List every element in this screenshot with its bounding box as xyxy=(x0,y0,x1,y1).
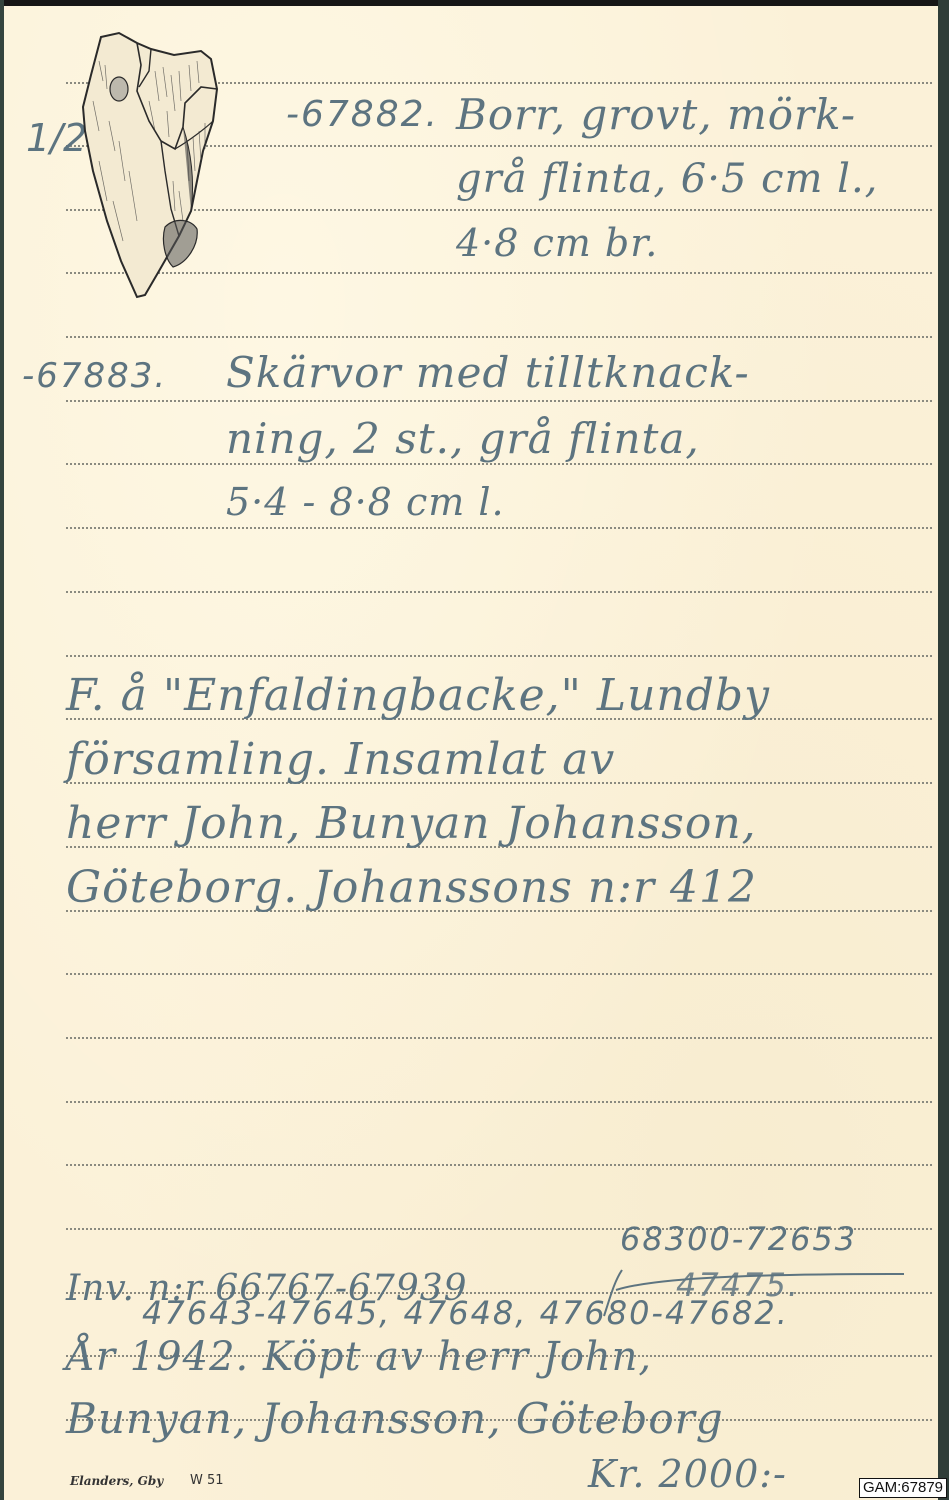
ruled-line xyxy=(66,1037,932,1039)
entry-2-number: -67883. xyxy=(22,356,167,396)
acquisition-year-line: År 1942. Köpt av herr John, xyxy=(66,1334,652,1380)
entry-1-line-2: grå flinta, 6·5 cm l., xyxy=(456,156,878,202)
ruled-line xyxy=(66,527,932,529)
seller-line: Bunyan, Johansson, Göteborg xyxy=(66,1394,724,1443)
scale-label: 1/2 xyxy=(26,116,87,160)
ruled-line xyxy=(66,973,932,975)
ruled-line xyxy=(66,655,932,657)
ruled-line xyxy=(66,463,932,465)
provenance-line-1: F. å "Enfaldingbacke," Lundby xyxy=(66,670,770,721)
entry-1-number: -67882. xyxy=(286,94,439,135)
provenance-line-2: församling. Insamlat av xyxy=(66,734,615,785)
ruled-line xyxy=(66,400,932,402)
entry-2-line-2: ning, 2 st., grå flinta, xyxy=(226,414,700,463)
entry-1-line-3: 4·8 cm br. xyxy=(456,221,658,265)
provenance-line-3: herr John, Bunyan Johansson, xyxy=(66,798,757,849)
printer-imprint: Elanders, Gby xyxy=(70,1474,163,1488)
entry-2-line-3: 5·4 - 8·8 cm l. xyxy=(226,480,505,524)
ruled-line xyxy=(66,591,932,593)
ruled-line xyxy=(66,336,932,338)
catalog-id-label: GAM:67879 xyxy=(859,1478,947,1498)
entry-2-line-1: Skärvor med tilltknack- xyxy=(226,348,750,397)
inventory-number-range-2: 47643-47645, 47648, 47680-47682. xyxy=(142,1294,789,1332)
printer-code: W 51 xyxy=(190,1473,224,1488)
provenance-line-4: Göteborg. Johanssons n:r 412 xyxy=(66,862,757,913)
accession-bracket-top: 68300-72653 xyxy=(620,1220,857,1258)
catalog-card: 1/2 -67882. Borr, grovt, mörk- grå flint… xyxy=(4,6,938,1500)
purchase-price: Kr. 2000:- xyxy=(588,1452,787,1496)
ruled-line xyxy=(66,1164,932,1166)
right-edge-border xyxy=(938,0,949,1500)
entry-1-line-1: Borr, grovt, mörk- xyxy=(456,90,856,139)
flint-drill-drawing-icon xyxy=(79,31,284,303)
ruled-line xyxy=(66,1101,932,1103)
